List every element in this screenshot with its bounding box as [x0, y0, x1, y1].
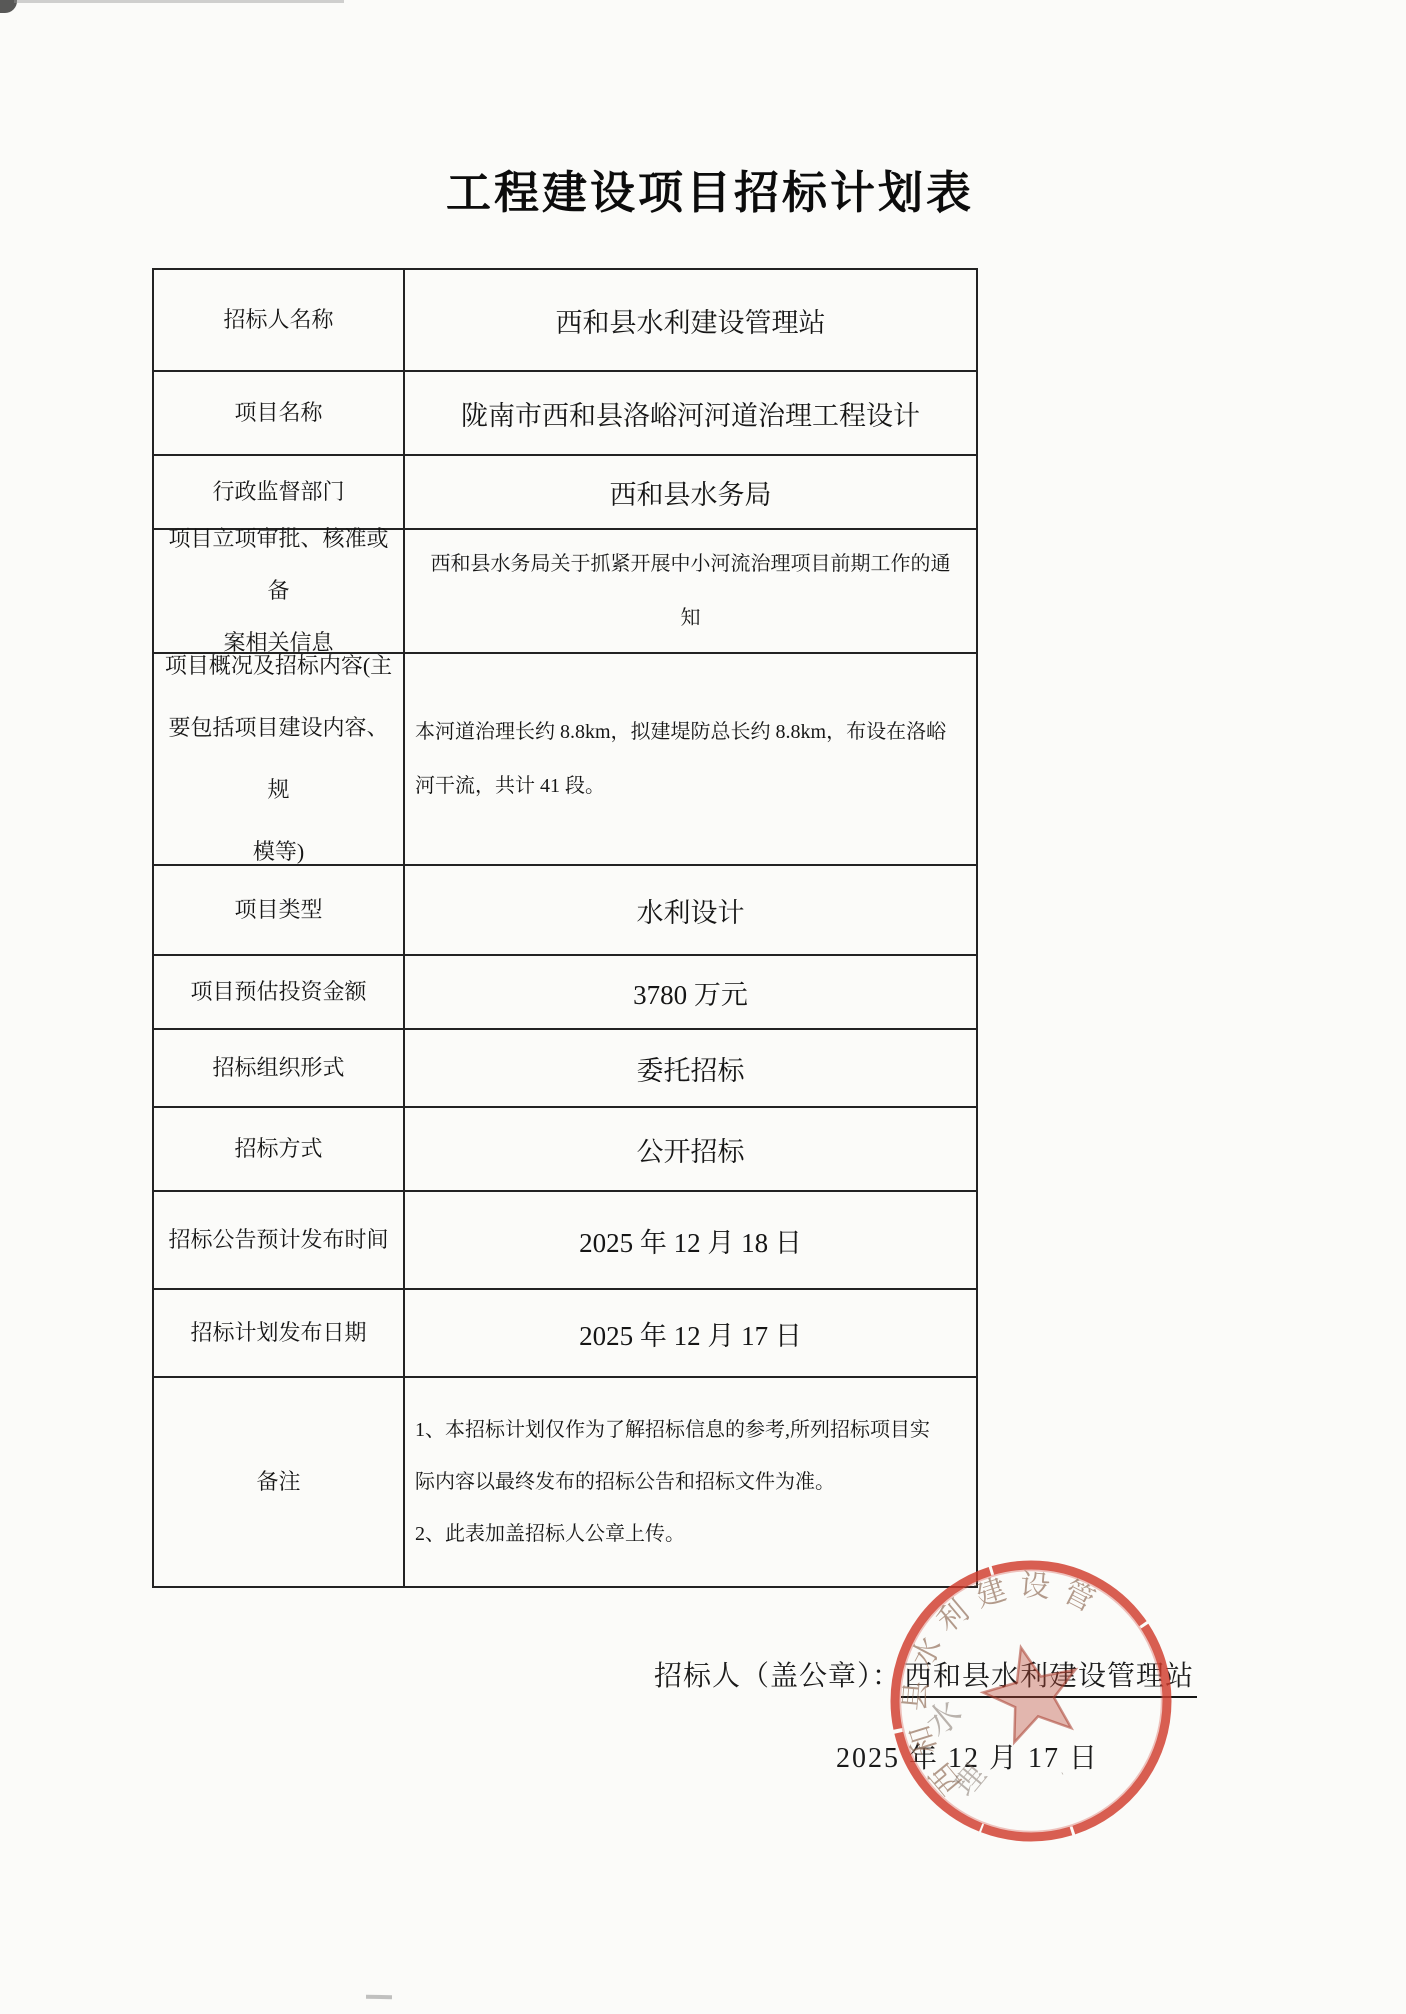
row-label: 项目预估投资金额	[154, 956, 405, 1028]
row-label: 项目类型	[154, 866, 405, 954]
signature-date: 2025 年 12 月 17 日	[836, 1736, 1099, 1776]
bidding-plan-table: 招标人名称 西和县水利建设管理站 项目名称 陇南市西和县洛峪河河道治理工程设计 …	[152, 268, 978, 1588]
row-label: 招标计划发布日期	[154, 1290, 405, 1376]
row-value: 2025 年 12 月 17 日	[405, 1290, 976, 1376]
row-label: 备注	[154, 1378, 405, 1586]
row-label: 招标组织形式	[154, 1030, 405, 1106]
seal-ring	[895, 1565, 1167, 1837]
signature-line: 招标人（盖公章）：西和县水利建设管理站	[654, 1654, 1197, 1698]
row-value: 西和县水务局关于抓紧开展中小河流治理项目前期工作的通 知	[405, 530, 976, 652]
page-title: 工程建设项目招标计划表	[446, 156, 974, 221]
scan-bottom-artifact	[366, 1995, 392, 1999]
row-value: 1、本招标计划仅作为了解招标信息的参考,所列招标项目实 际内容以最终发布的招标公…	[405, 1378, 976, 1586]
official-seal-stamp: 西和县水利建设管理站 水 理 `	[878, 1548, 1184, 1854]
row-value: 委托招标	[405, 1030, 976, 1106]
row-label: 项目概况及招标内容(主 要包括项目建设内容、规 模等)	[154, 654, 405, 864]
signature-name-underlined: 西和县水利建设管理站	[901, 1654, 1197, 1698]
table-row: 项目概况及招标内容(主 要包括项目建设内容、规 模等) 本河道治理长约 8.8k…	[154, 654, 976, 866]
scanned-document-page: 工程建设项目招标计划表 招标人名称 西和县水利建设管理站 项目名称 陇南市西和县…	[0, 0, 1406, 2014]
table-row: 招标组织形式 委托招标	[154, 1030, 976, 1108]
seal-text: 西和县水利建设管理站	[878, 1548, 1112, 1854]
row-value: 公开招标	[405, 1108, 976, 1190]
table-row: 项目预估投资金额 3780 万元	[154, 956, 976, 1030]
table-row: 招标公告预计发布时间 2025 年 12 月 18 日	[154, 1192, 976, 1290]
row-value: 水利设计	[405, 866, 976, 954]
table-row: 备注 1、本招标计划仅作为了解招标信息的参考,所列招标项目实 际内容以最终发布的…	[154, 1378, 976, 1586]
scan-top-edge-artifact	[14, 0, 344, 3]
svg-text:西和县水利建设管理站: 西和县水利建设管理站	[878, 1548, 1112, 1854]
table-row: 项目类型 水利设计	[154, 866, 976, 956]
row-label: 项目名称	[154, 372, 405, 454]
row-label: 招标方式	[154, 1108, 405, 1190]
table-row: 招标方式 公开招标	[154, 1108, 976, 1192]
row-value: 西和县水利建设管理站	[405, 270, 976, 370]
row-value: 西和县水务局	[405, 456, 976, 528]
row-label: 招标公告预计发布时间	[154, 1192, 405, 1288]
table-row: 项目名称 陇南市西和县洛峪河河道治理工程设计	[154, 372, 976, 456]
row-label: 招标人名称	[154, 270, 405, 370]
signature-label: 招标人（盖公章）：	[654, 1654, 901, 1694]
row-value: 本河道治理长约 8.8km，拟建堤防总长约 8.8km，布设在洛峪 河干流，共计…	[405, 654, 976, 864]
row-label: 项目立项审批、核准或备 案相关信息	[154, 530, 405, 652]
row-value: 陇南市西和县洛峪河河道治理工程设计	[405, 372, 976, 454]
row-value: 3780 万元	[405, 956, 976, 1028]
row-value: 2025 年 12 月 18 日	[405, 1192, 976, 1288]
table-row: 招标人名称 西和县水利建设管理站	[154, 270, 976, 372]
table-row: 招标计划发布日期 2025 年 12 月 17 日	[154, 1290, 976, 1378]
